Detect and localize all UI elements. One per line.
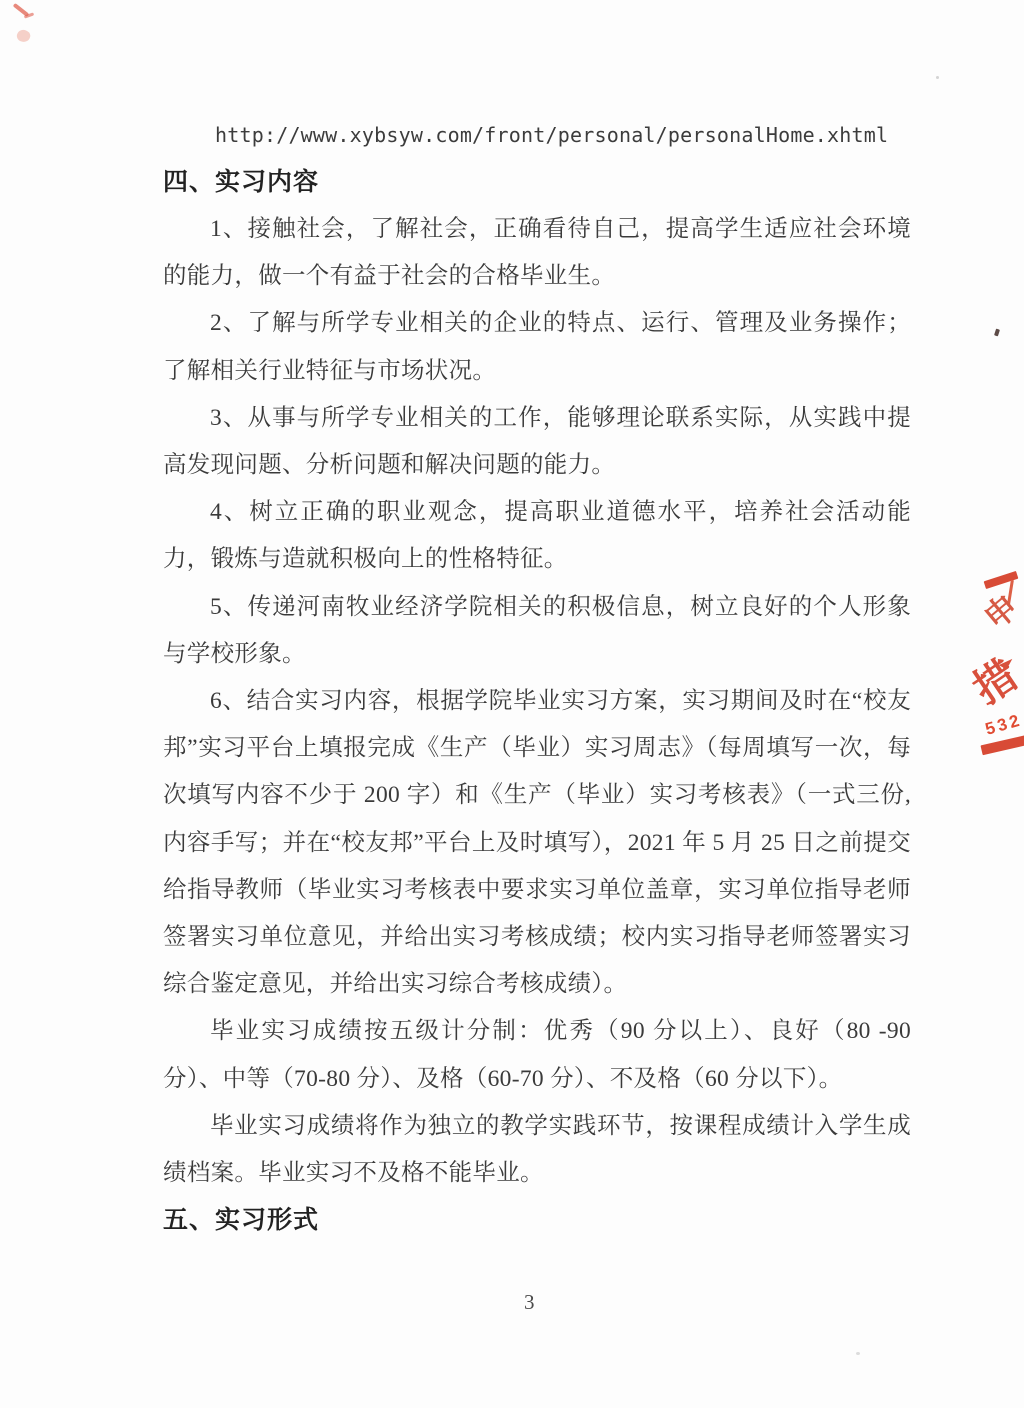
paragraph-item-2: 2、了解与所学专业相关的企业的特点、运行、管理及业务操作；了解相关行业特征与市场… <box>163 300 911 394</box>
scanned-document-page: http://www.xybsyw.com/front/personal/per… <box>0 0 1024 1408</box>
page-number: 3 <box>524 1288 535 1316</box>
scan-speck-icon <box>856 1352 860 1355</box>
paragraph-grade-record: 毕业实习成绩将作为独立的教学实践环节，按课程成绩计入学生成绩档案。毕业实习不及格… <box>163 1103 911 1197</box>
url-text: http://www.xybsyw.com/front/personal/per… <box>163 112 911 159</box>
paragraph-item-4: 4、树立正确的职业观念，提高职业道德水平，培养社会活动能力，锻炼与造就积极向上的… <box>163 489 911 583</box>
paragraph-item-3: 3、从事与所学专业相关的工作，能够理论联系实际，从实践中提高发现问题、分析问题和… <box>163 395 911 489</box>
paragraph-item-6: 6、结合实习内容，根据学院毕业实习方案，实习期间及时在“校友邦”实习平台上填报完… <box>163 678 911 1008</box>
section-heading-internship-content: 四、实习内容 <box>163 159 911 206</box>
scan-speck-icon <box>936 76 939 79</box>
stamp-character-top: 申 <box>978 589 1023 634</box>
stamp-stroke-bottom-icon <box>980 735 1024 756</box>
paragraph-grading-scale: 毕业实习成绩按五级计分制：优秀（90 分以上）、良好（80 -90 分）、中等（… <box>163 1008 911 1102</box>
document-body: http://www.xybsyw.com/front/personal/per… <box>163 112 911 1244</box>
section-heading-internship-form: 五、实习形式 <box>163 1197 911 1244</box>
scan-speck-icon <box>994 329 1000 337</box>
paragraph-item-5: 5、传递河南牧业经济学院相关的积极信息，树立良好的个人形象与学校形象。 <box>163 584 911 678</box>
paragraph-item-1: 1、接触社会，了解社会，正确看待自己，提高学生适应社会环境的能力，做一个有益于社… <box>163 206 911 300</box>
stamp-digits: 532 <box>983 711 1024 738</box>
pen-smudge-icon <box>15 28 32 44</box>
stamp-character-middle: 措 <box>967 654 1024 712</box>
